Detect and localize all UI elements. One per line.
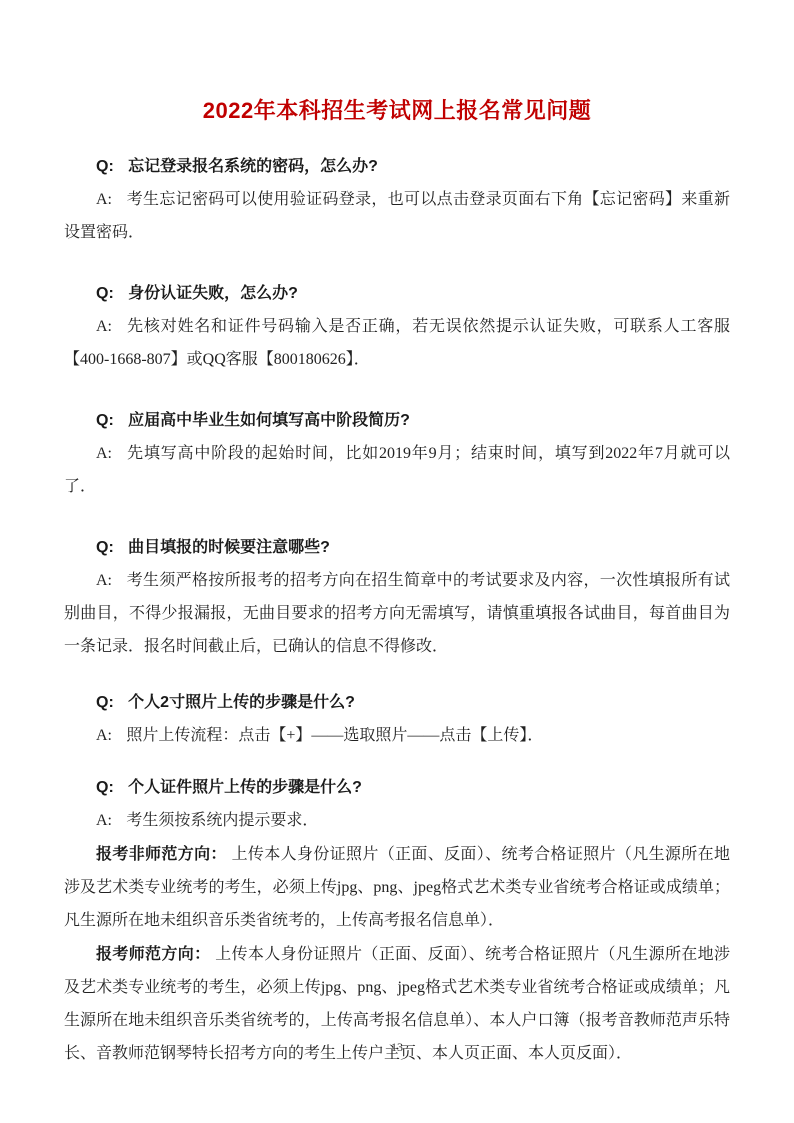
faq-list: Q:忘记登录报名系统的密码，怎么办? A:考生忘记密码可以使用验证码登录，也可以… — [64, 150, 730, 1070]
answer-text: 考生须严格按所报考的招考方向在招生简章中的考试要求及内容，一次性填报所有试别曲目… — [64, 572, 730, 655]
faq-question: Q:应届高中毕业生如何填写高中阶段简历? — [64, 404, 730, 437]
answer-prefix: A: — [96, 445, 112, 462]
question-text: 个人2寸照片上传的步骤是什么? — [128, 694, 355, 711]
faq-answer: A:照片上传流程：点击【+】——选取照片——点击【上传】． — [64, 719, 730, 752]
requirement-paragraph-non-normal: 报考非师范方向：上传本人身份证照片（正面、反面）、统考合格证照片（凡生源所在地涉… — [64, 838, 730, 937]
faq-answer: A:先填写高中阶段的起始时间，比如2019年9月；结束时间，填写到2022年7月… — [64, 437, 730, 503]
page-number: 13 — [0, 1040, 794, 1055]
question-prefix: Q: — [96, 694, 114, 711]
answer-prefix: A: — [96, 812, 112, 829]
faq-question: Q:曲目填报的时候要注意哪些? — [64, 531, 730, 564]
faq-item: Q:曲目填报的时候要注意哪些? A:考生须严格按所报考的招考方向在招生简章中的考… — [64, 531, 730, 663]
faq-item: Q:身份认证失败，怎么办? A:先核对姓名和证件号码输入是否正确，若无误依然提示… — [64, 277, 730, 376]
faq-question: Q:个人证件照片上传的步骤是什么? — [64, 771, 730, 804]
faq-item: Q:忘记登录报名系统的密码，怎么办? A:考生忘记密码可以使用验证码登录，也可以… — [64, 150, 730, 249]
faq-answer: A:考生忘记密码可以使用验证码登录，也可以点击登录页面右下角【忘记密码】来重新设… — [64, 183, 730, 249]
answer-text: 照片上传流程：点击【+】——选取照片——点击【上传】． — [126, 727, 543, 744]
requirement-lead: 报考非师范方向： — [96, 846, 227, 863]
answer-prefix: A: — [96, 572, 112, 589]
faq-item: Q:应届高中毕业生如何填写高中阶段简历? A:先填写高中阶段的起始时间，比如20… — [64, 404, 730, 503]
question-prefix: Q: — [96, 158, 114, 175]
question-text: 忘记登录报名系统的密码，怎么办? — [128, 158, 378, 175]
question-prefix: Q: — [96, 779, 114, 796]
document-content: 2022年本科招生考试网上报名常见问题 Q:忘记登录报名系统的密码，怎么办? A… — [0, 0, 794, 1070]
question-prefix: Q: — [96, 539, 114, 556]
answer-text: 考生忘记密码可以使用验证码登录，也可以点击登录页面右下角【忘记密码】来重新设置密… — [64, 191, 730, 241]
faq-answer: A:先核对姓名和证件号码输入是否正确，若无误依然提示认证失败，可联系人工客服【4… — [64, 310, 730, 376]
faq-question: Q:个人2寸照片上传的步骤是什么? — [64, 686, 730, 719]
requirement-lead: 报考师范方向： — [96, 946, 210, 963]
question-prefix: Q: — [96, 412, 114, 429]
faq-question: Q:忘记登录报名系统的密码，怎么办? — [64, 150, 730, 183]
page-title: 2022年本科招生考试网上报名常见问题 — [64, 97, 730, 124]
question-prefix: Q: — [96, 285, 114, 302]
faq-question: Q:身份认证失败，怎么办? — [64, 277, 730, 310]
question-text: 身份认证失败，怎么办? — [128, 285, 298, 302]
answer-prefix: A: — [96, 191, 112, 208]
answer-prefix: A: — [96, 318, 112, 335]
faq-answer: A:考生须按系统内提示要求． — [64, 804, 730, 837]
answer-prefix: A: — [96, 727, 112, 744]
answer-text: 考生须按系统内提示要求． — [126, 812, 318, 829]
answer-text: 先填写高中阶段的起始时间，比如2019年9月；结束时间，填写到2022年7月就可… — [64, 445, 730, 495]
document-page: 2022年本科招生考试网上报名常见问题 Q:忘记登录报名系统的密码，怎么办? A… — [0, 0, 794, 1123]
faq-answer: A:考生须严格按所报考的招考方向在招生简章中的考试要求及内容，一次性填报所有试别… — [64, 564, 730, 663]
question-text: 个人证件照片上传的步骤是什么? — [128, 779, 362, 796]
faq-item: Q:个人2寸照片上传的步骤是什么? A:照片上传流程：点击【+】——选取照片——… — [64, 686, 730, 752]
faq-item: Q:个人证件照片上传的步骤是什么? A:考生须按系统内提示要求． — [64, 771, 730, 837]
answer-text: 先核对姓名和证件号码输入是否正确，若无误依然提示认证失败，可联系人工客服【400… — [64, 318, 730, 368]
question-text: 曲目填报的时候要注意哪些? — [128, 539, 330, 556]
question-text: 应届高中毕业生如何填写高中阶段简历? — [128, 412, 410, 429]
